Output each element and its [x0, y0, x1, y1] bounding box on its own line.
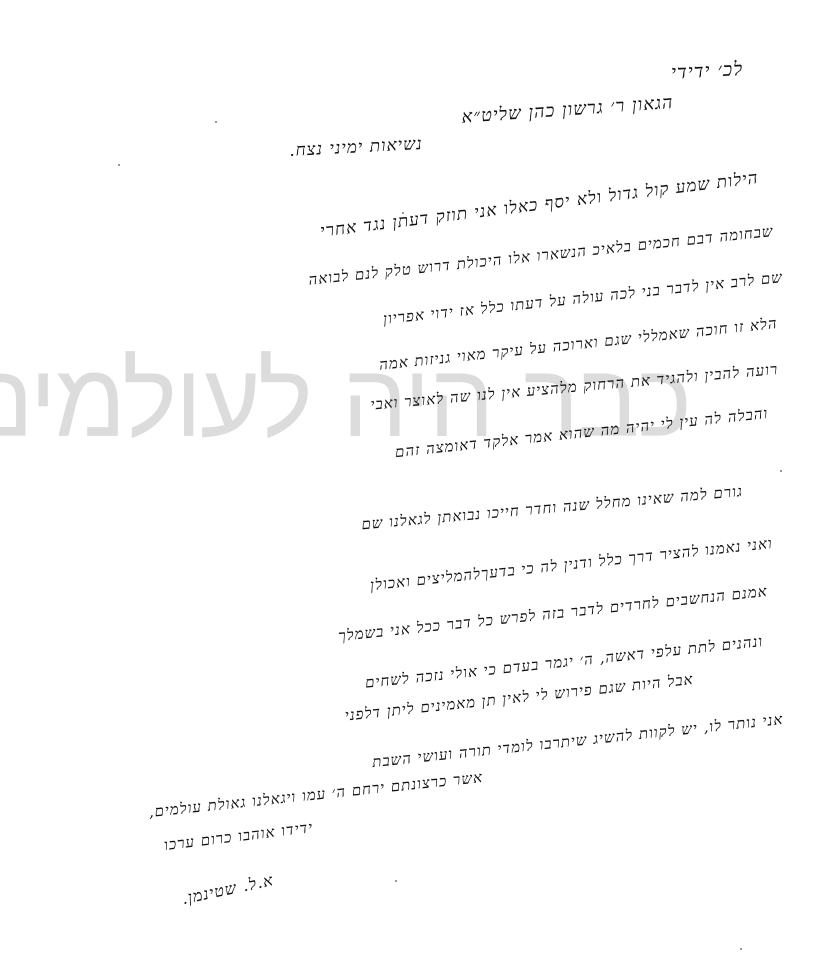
- scan-speck: [215, 121, 217, 123]
- scan-speck: [780, 470, 782, 472]
- body-line: אני נותר לו, יש לקוות להשיג שיתרבו לומדי…: [371, 710, 784, 772]
- signoff-line: ידידו אוהבו כרום ערכו: [163, 818, 314, 855]
- scan-speck: [395, 880, 397, 882]
- addressee-line: הגאון ר׳ גרשון כהן שליט״א: [460, 92, 673, 128]
- body-line: גורם למה שאינו מחלל שנה וחדר חייכו נבואת…: [361, 482, 744, 534]
- body-line: ואני נאמנו להציר דרך כלל ודנין לה כי בדע…: [370, 534, 774, 595]
- scan-speck: [118, 164, 120, 166]
- letter-page: כבר היה לעולמים לכ׳ ידידי הגאון ר׳ גרשון…: [0, 0, 813, 953]
- greeting-line: לכ׳ ידידי: [670, 58, 743, 85]
- signature: א.ל. שטינמן.: [180, 870, 276, 909]
- salutation-line: נשיאות ימיני נצח.: [289, 134, 424, 161]
- closing-line: אשר כרצונתם ירחם ה׳ עמו ויגאלנו גאולת עו…: [148, 768, 484, 822]
- scan-speck: [740, 948, 742, 950]
